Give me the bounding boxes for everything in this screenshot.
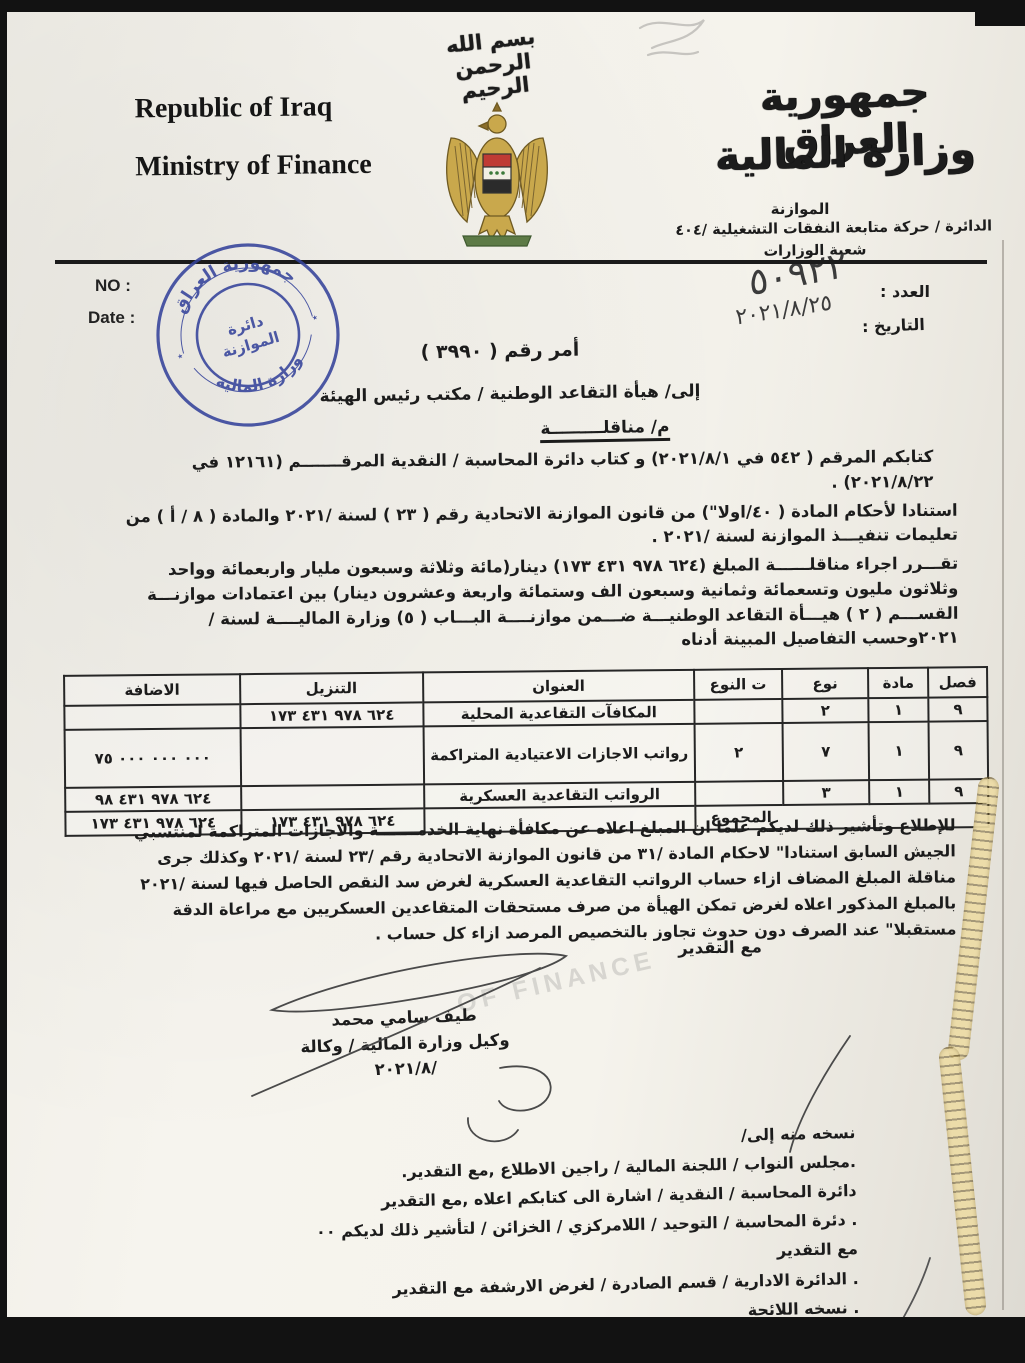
scanned-document-page: { "header": { "english": { "line1": "Rep… xyxy=(0,0,1025,1363)
faint-top-scribble xyxy=(640,20,704,48)
scan-frame-bottom xyxy=(0,1317,1025,1363)
scan-frame-top xyxy=(0,0,1025,12)
scan-frame-corner xyxy=(975,0,1025,26)
cc-hand-curve xyxy=(790,1036,850,1152)
signature-curl xyxy=(499,1066,551,1110)
scan-frame-left xyxy=(0,0,7,1363)
signature-tail-stroke xyxy=(252,968,540,1096)
faint-top-scribble-2 xyxy=(648,52,698,55)
signature-curl-2 xyxy=(468,1118,518,1141)
signature-swoosh xyxy=(272,954,566,1012)
document-page: Republic of Iraq Ministry of Finance بسم… xyxy=(0,0,1025,1363)
handwritten-ink-layer xyxy=(0,0,1025,1363)
